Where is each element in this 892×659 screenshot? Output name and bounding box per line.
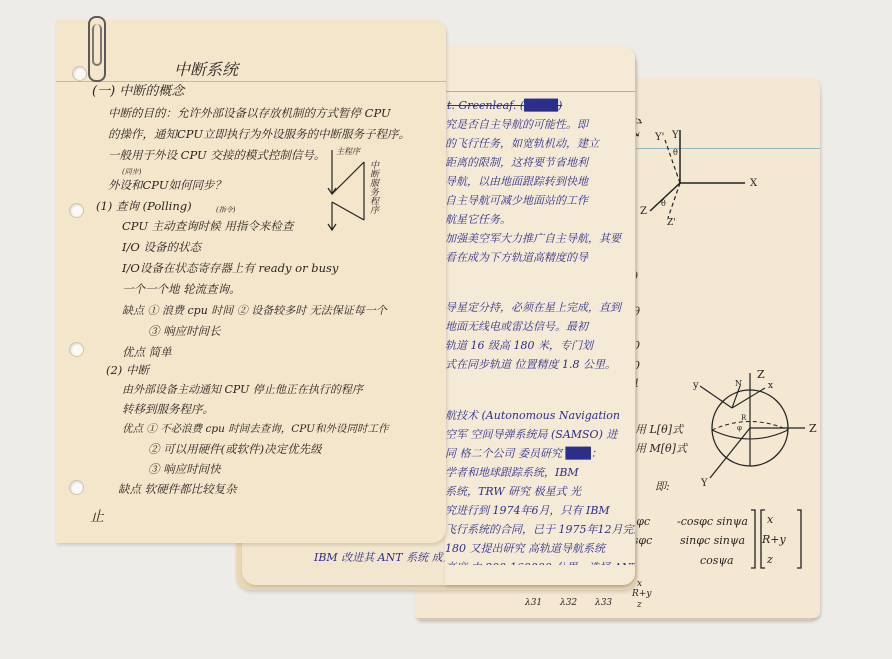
svg-text:X: X [750, 178, 758, 189]
handwritten-line: 学者和地球跟踪系统，IBM [445, 467, 579, 478]
punch-hole [72, 66, 87, 81]
handwritten-line: 看在成为下方轨道高精度的导 [445, 252, 588, 263]
struck-header: t. Greenleaf. (████) [447, 100, 562, 111]
label-m-theta: 用 M[θ]式 [635, 443, 687, 454]
matrix-cell: λ32 [560, 599, 577, 608]
handwritten-line: 加强美空军大力推广自主导航，其要 [445, 233, 621, 244]
handwritten-line: 一个一个地 轮流查询。 [122, 284, 241, 296]
svg-text:Z: Z [757, 368, 765, 381]
handwritten-line: 同 格二个公司 委员研究 ███： [445, 448, 602, 459]
handwritten-line: 转移到服务程序。 [122, 404, 214, 416]
notebook-page-front: 中断系统 (一) 中断的概念 中断的目的：允许外部设备以存放机制的方式暂停 CP… [56, 20, 446, 543]
punch-hole [69, 203, 84, 218]
handwritten-line: ③ 响应时间长 [148, 326, 221, 338]
handwritten-line: 究是否自主导航的可能性。即 [445, 119, 588, 130]
section-heading: (一) 中断的概念 [92, 85, 184, 98]
handwritten-line: 外设和CPU如何同步？ [108, 180, 226, 192]
matrix-cell: λ33 [595, 599, 612, 608]
handwritten-line: CPU 主动查询时候 用指令来检查 [122, 221, 293, 233]
handwritten-line: 距离的限制，这将要节省地利 [445, 157, 588, 168]
vector-x: x [637, 580, 642, 589]
punch-hole [69, 480, 84, 495]
handwritten-line: 中断的目的：允许外部设备以存放机制的方式暂停 CPU [108, 108, 391, 120]
axes-diagram: Y' Y X Z Z' θ θ [635, 128, 775, 248]
handwritten-line: 究进行到 1974年6月，只有 IBM [445, 505, 610, 516]
handwritten-line: 缺点 软硬件都比较复杂 [118, 484, 237, 496]
vector-z: z [767, 554, 773, 565]
middle-page-text: t. Greenleaf. (████) 究是否自主导航的可能性。即 的飞行任务… [445, 95, 635, 565]
handwritten-line: 优点 简单 [122, 347, 172, 359]
handwritten-line: 高度 由 800-160000 公里，选择 ANT [445, 562, 635, 565]
svg-text:Z': Z' [667, 218, 676, 228]
handwritten-line: I/O设备在状态寄存器上有 ready or busy [122, 263, 338, 275]
handwritten-line: 地面无线电或雷达信号。最初 [445, 321, 588, 332]
svg-text:θ: θ [673, 148, 678, 157]
page-title: 中断系统 [174, 62, 238, 78]
handwritten-line: 缺点 ① 浪费 cpu 时间 ② 设备较多时 无法保证每一个 [122, 305, 387, 316]
handwritten-line: 一般用于外设 CPU 交接的模式控制信号。 [108, 150, 325, 162]
paperclip-inner [92, 24, 102, 66]
vector-ry: R+y [762, 534, 786, 545]
handwritten-line: 式在同步轨道 位置精度 1.8 公里。 [445, 359, 616, 370]
svg-text:φ: φ [737, 424, 742, 432]
diagram-label-main: 主程序 [336, 148, 360, 156]
handwritten-line: 导星定分持，必须在星上完成，直到 [445, 302, 621, 313]
label-l-theta: 用 L[θ]式 [635, 424, 683, 435]
label-ji: 即: [655, 481, 670, 492]
matrix-cell: sinφc sinψa [680, 535, 745, 546]
handwritten-line: I/O 设备的状态 [122, 242, 201, 254]
handwritten-line: (1) 查询 (Polling) [96, 201, 192, 213]
svg-text:Y': Y' [654, 132, 664, 143]
handwritten-line: 导航，以由地面跟踪转到快地 [445, 176, 588, 187]
notebook-page-middle: t. Greenleaf. (████) 究是否自主导航的可能性。即 的飞行任务… [445, 45, 635, 585]
handwritten-line: 180 又提出研究 高轨道导航系统 [445, 543, 605, 554]
handwritten-line: 系统，TRW 研究 极星式 光 [445, 486, 581, 497]
svg-text:Y: Y [700, 478, 708, 489]
vector-z: z [637, 601, 642, 610]
svg-text:x: x [768, 381, 773, 391]
handwritten-line: (2) 中断 [106, 365, 149, 377]
page-header-band [56, 20, 446, 82]
handwritten-line: 自主导航可减少地面站的工作 [445, 195, 588, 206]
handwritten-line: 航星它任务。 [445, 214, 511, 225]
vector-ry: R+y [632, 590, 651, 599]
svg-text:θ: θ [661, 199, 666, 208]
handwritten-line: ② 可以用硬件(或软件)决定优先级 [148, 444, 322, 456]
handwritten-line: ③ 响应时间快 [148, 464, 221, 476]
svg-text:R: R [741, 414, 747, 422]
ruled-header-line [445, 91, 635, 92]
matrix-cell: cosψa [700, 555, 734, 566]
handwritten-line: 空军 空间导弹系统局 (SAMSO) 进 [445, 429, 617, 440]
footer-mark: 止 [90, 510, 104, 524]
interrupt-flow-diagram [326, 150, 396, 240]
svg-text:Z: Z [809, 422, 817, 435]
handwritten-line: 航技术 (Autonomous Navigation [445, 410, 620, 421]
svg-text:N: N [735, 379, 742, 388]
handwritten-line: 优点 ① 不必浪费 cpu 时间去查询，CPU和外设同时工作 [122, 424, 388, 435]
handwritten-line: 由外部设备主动通知 CPU 停止他正在执行的程序 [122, 384, 363, 395]
diagram-label-isr: 中断服务程序 [368, 160, 377, 214]
margin-note: (指令) [216, 207, 235, 214]
handwritten-line: 飞行系统的合同，已于 1975年12月完成。 [445, 524, 635, 535]
handwritten-line: 轨道 16 级高 180 米，专门划 [445, 340, 593, 351]
handwritten-line: 的操作，通知CPU立即执行为外设服务的中断服务子程序。 [108, 129, 410, 141]
margin-note: (同步) [122, 169, 141, 176]
matrix-cell: -cosφc sinψa [677, 516, 748, 527]
svg-text:Z: Z [640, 206, 647, 217]
svg-text:Y: Y [671, 130, 679, 141]
punch-hole [69, 342, 84, 357]
sphere-diagram: Z Z Y N x y R φ [695, 368, 825, 488]
vector-x: x [767, 514, 773, 525]
svg-text:y: y [692, 380, 699, 391]
handwritten-line: 的飞行任务，如宽轨机动，建立 [445, 138, 599, 149]
matrix-cell: λ31 [525, 599, 542, 608]
